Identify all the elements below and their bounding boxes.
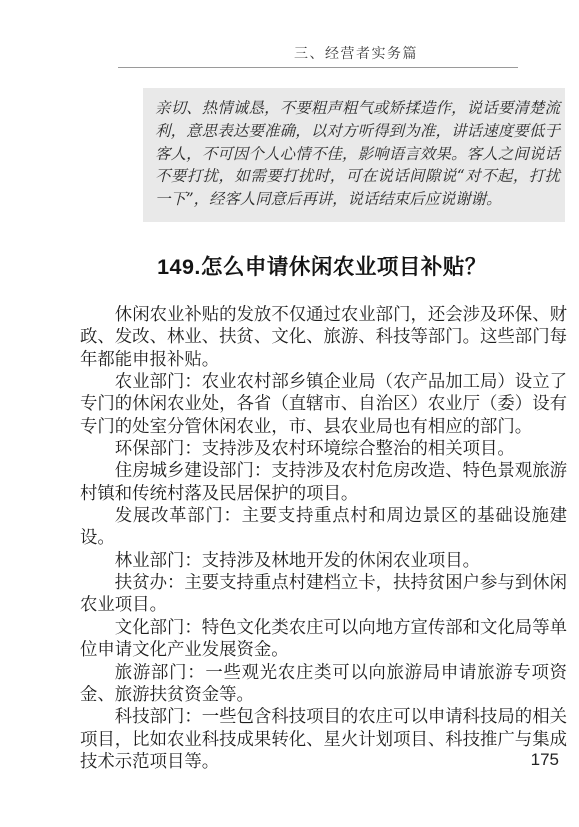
body-paragraph-poverty-relief: 扶贫办：主要支持重点村建档立卡，扶持贫困户参与到休闲农业项目。 xyxy=(80,571,567,616)
header-rule xyxy=(118,67,518,68)
quote-box: 亲切、热情诚恳，不要粗声粗气或矫揉造作，说话要清楚流利，意思表达要准确，以对方听… xyxy=(143,88,565,222)
body-paragraph-development-reform: 发展改革部门：主要支持重点村和周边景区的基础设施建设。 xyxy=(80,504,567,549)
body-paragraph-forestry: 林业部门：支持涉及林地开发的休闲农业项目。 xyxy=(80,549,567,571)
running-header: 三、经营者实务篇 xyxy=(131,43,579,63)
page-number: 175 xyxy=(531,750,559,770)
book-page: 三、经营者实务篇 亲切、热情诚恳，不要粗声粗气或矫揉造作，说话要清楚流利，意思表… xyxy=(0,0,579,827)
quote-text: 亲切、热情诚恳，不要粗声粗气或矫揉造作，说话要清楚流利，意思表达要准确，以对方听… xyxy=(155,97,560,211)
body-paragraph-culture: 文化部门：特色文化类农庄可以向地方宣传部和文化局等单位申请文化产业发展资金。 xyxy=(80,616,567,661)
body-paragraph-housing: 住房城乡建设部门：支持涉及农村危房改造、特色景观旅游村镇和传统村落及民居保护的项… xyxy=(80,459,567,504)
body-paragraph-tourism: 旅游部门：一些观光农庄类可以向旅游局申请旅游专项资金、旅游扶贫资金等。 xyxy=(80,661,567,706)
article-body: 休闲农业补贴的发放不仅通过农业部门，还会涉及环保、财政、发改、林业、扶贫、文化、… xyxy=(80,303,567,772)
body-paragraph-environment: 环保部门：支持涉及农村环境综合整治的相关项目。 xyxy=(80,437,567,459)
body-paragraph-intro: 休闲农业补贴的发放不仅通过农业部门，还会涉及环保、财政、发改、林业、扶贫、文化、… xyxy=(80,303,567,370)
article-title: 149.怎么申请休闲农业项目补贴？ xyxy=(97,250,547,281)
body-paragraph-science-tech: 科技部门：一些包含科技项目的农庄可以申请科技局的相关项目，比如农业科技成果转化、… xyxy=(80,705,567,772)
body-paragraph-agriculture: 农业部门：农业农村部乡镇企业局（农产品加工局）设立了专门的休闲农业处，各省（直辖… xyxy=(80,370,567,437)
